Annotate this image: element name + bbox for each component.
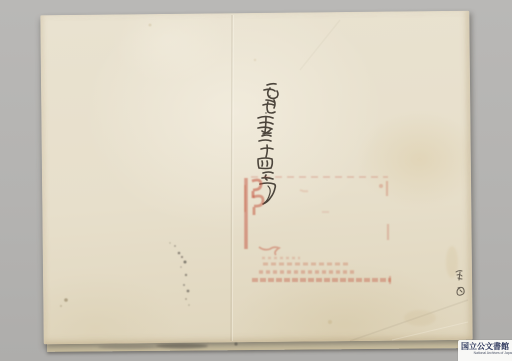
archive-watermark-subtitle: National Archives of Japan <box>474 351 497 355</box>
paper-sheet <box>40 11 472 344</box>
archive-watermark: 国立公文書館 National Archives of Japan <box>458 340 512 361</box>
archival-document-scan: 国立公文書館 National Archives of Japan <box>0 0 512 361</box>
archive-watermark-title: 国立公文書館 <box>458 342 512 351</box>
